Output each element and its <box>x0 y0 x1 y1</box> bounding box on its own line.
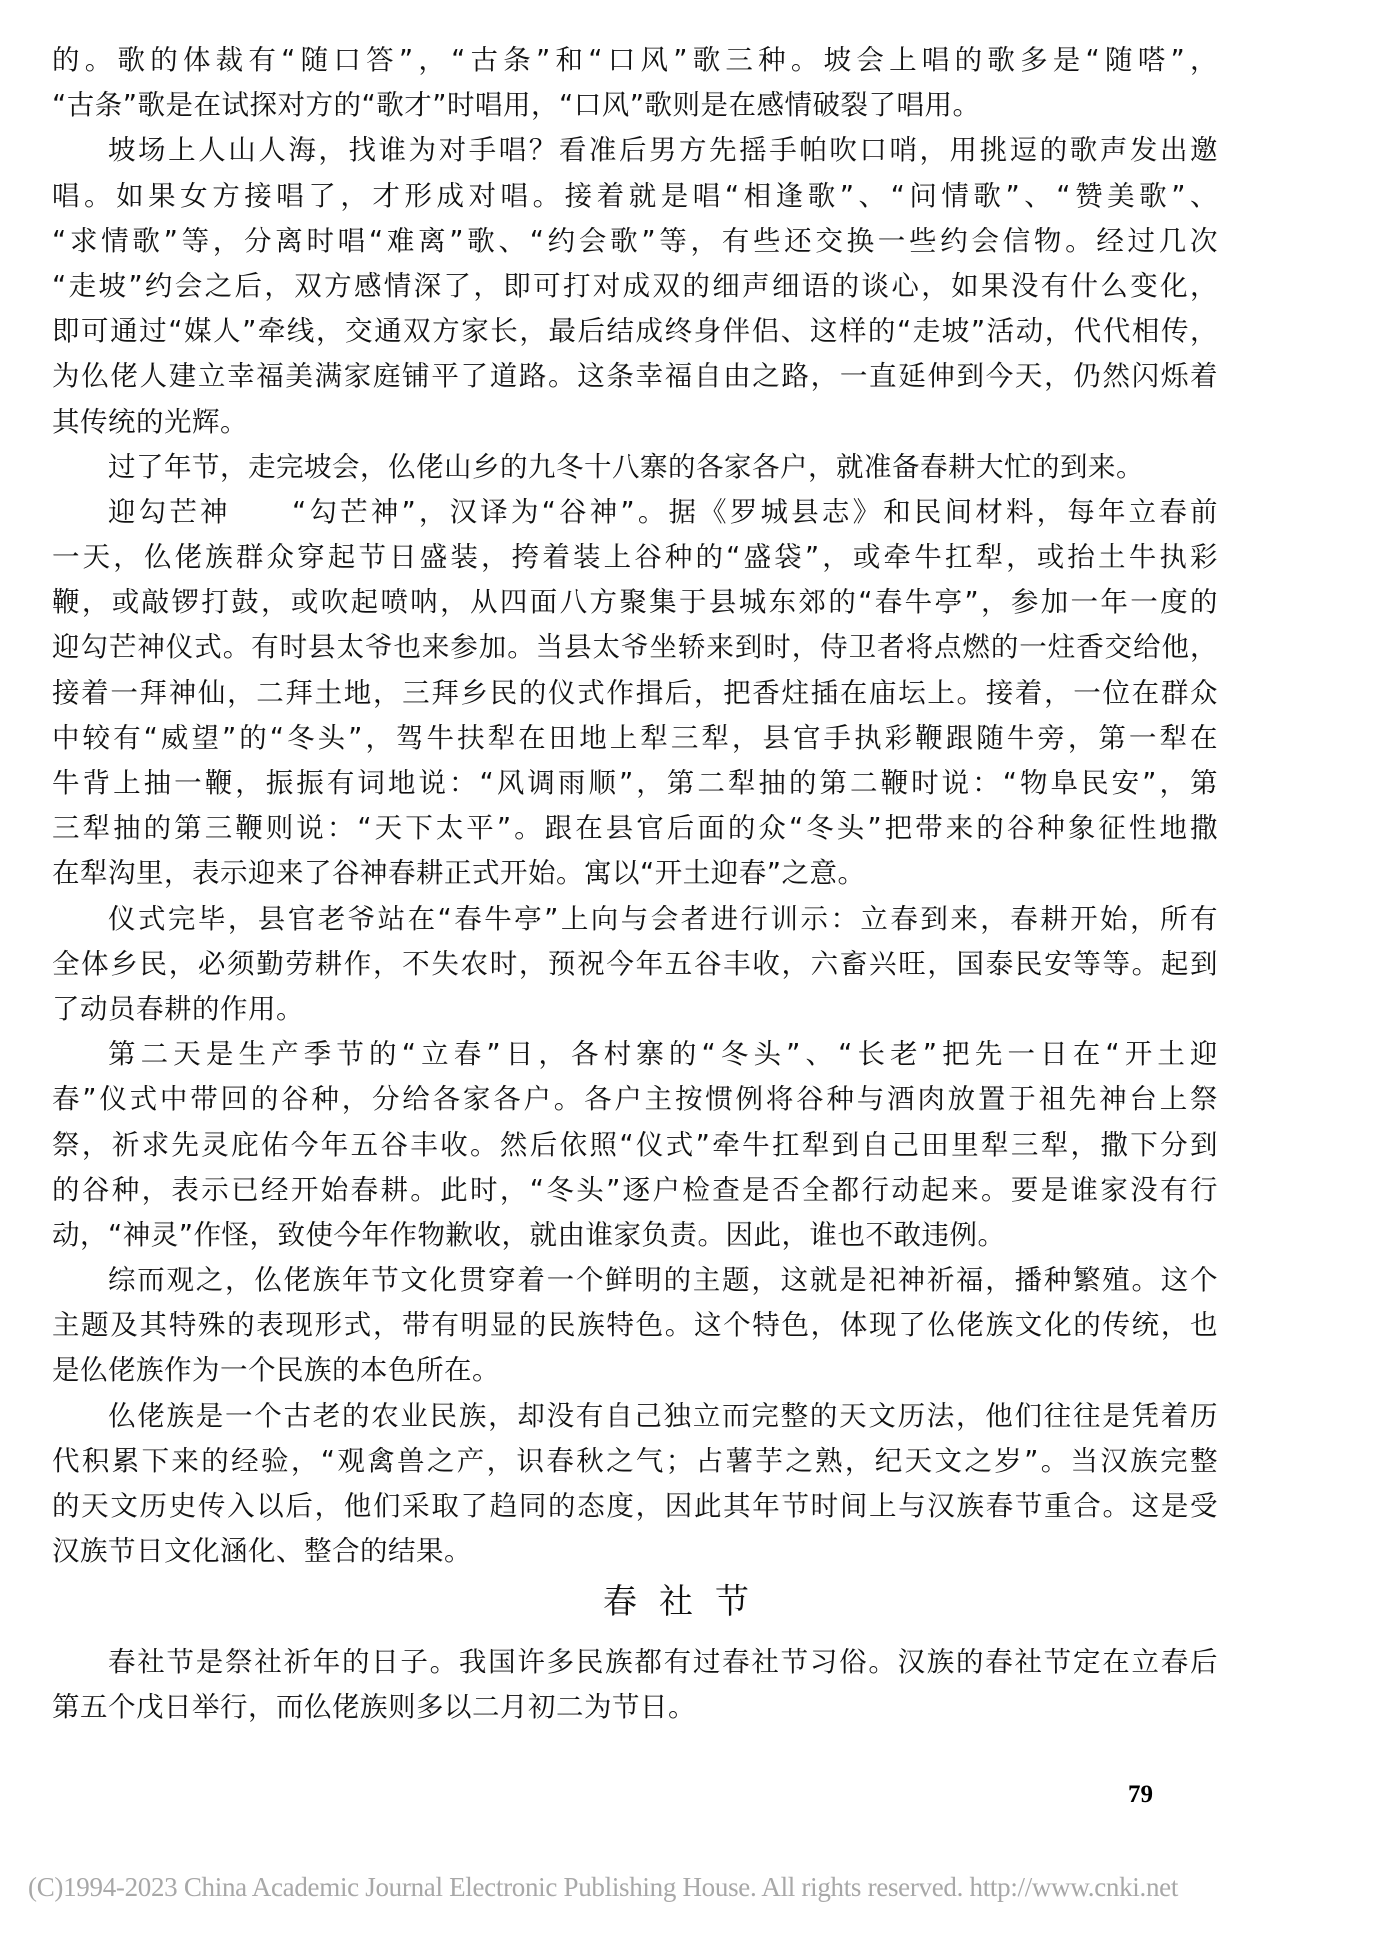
text-line: 代积累下来的经验，“观禽兽之产，识春秋之气；占薯芋之熟，纪天文之岁”。当汉族完整 <box>52 1439 1218 1484</box>
text-line: 汉族节日文化涵化、整合的结果。 <box>52 1529 1218 1574</box>
text-line: 过了年节，走完坡会，仫佬山乡的九冬十八寨的各家各户，就准备春耕大忙的到来。 <box>52 445 1218 490</box>
text-line: 仫佬族是一个古老的农业民族，却没有自己独立而完整的天文历法，他们往往是凭着历 <box>52 1394 1218 1439</box>
page-number: 79 <box>1128 1781 1153 1809</box>
text-line: 第五个戊日举行，而仫佬族则多以二月初二为节日。 <box>52 1685 1218 1730</box>
text-line: 即可通过“媒人”牵线，交通双方家长，最后结成终身伴侣、这样的“走坡”活动，代代相… <box>52 309 1218 354</box>
article-body: 的。歌的体裁有“随口答”，“古条”和“口风”歌三种。坡会上唱的歌多是“随嗒”，“… <box>52 38 1218 1574</box>
text-line: 的谷种，表示已经开始春耕。此时，“冬头”逐户检查是否全都行动起来。要是谁家没有行 <box>52 1168 1218 1213</box>
text-line: “古条”歌是在试探对方的“歌才”时唱用，“口风”歌则是在感情破裂了唱用。 <box>52 83 1218 128</box>
text-line: 祭，祈求先灵庇佑今年五谷丰收。然后依照“仪式”牵牛扛犁到自己田里犁三犁，撒下分到 <box>52 1123 1218 1168</box>
section-title: 春社节 <box>0 1574 1374 1623</box>
text-line: 第二天是生产季节的“立春”日，各村寨的“冬头”、“长老”把先一日在“开土迎 <box>52 1032 1218 1077</box>
text-line: 中较有“威望”的“冬头”，驾牛扶犁在田地上犁三犁，县官手执彩鞭跟随牛旁，第一犁在 <box>52 716 1218 761</box>
text-line: 了动员春耕的作用。 <box>52 987 1218 1032</box>
text-line: 三犁抽的第三鞭则说：“天下太平”。跟在县官后面的众“冬头”把带来的谷种象征性地撒 <box>52 806 1218 851</box>
text-line: 的天文历史传入以后，他们采取了趋同的态度，因此其年节时间上与汉族春节重合。这是受 <box>52 1484 1218 1529</box>
text-line: 在犁沟里，表示迎来了谷神春耕正式开始。寓以“开土迎春”之意。 <box>52 851 1218 896</box>
text-line: 春社节是祭社祈年的日子。我国许多民族都有过春社节习俗。汉族的春社节定在立春后 <box>52 1640 1218 1685</box>
text-line: 春”仪式中带回的谷种，分给各家各户。各户主按惯例将谷种与酒肉放置于祖先神台上祭 <box>52 1077 1218 1122</box>
text-line: 鞭，或敲锣打鼓，或吹起喷呐，从四面八方聚集于县城东郊的“春牛亭”，参加一年一度的 <box>52 580 1218 625</box>
text-line: 仪式完毕，县官老爷站在“春牛亭”上向与会者进行训示：立春到来，春耕开始，所有 <box>52 897 1218 942</box>
text-line: 动，“神灵”作怪，致使今年作物歉收，就由谁家负责。因此，谁也不敢违例。 <box>52 1213 1218 1258</box>
text-line: 全体乡民，必须勤劳耕作，不失农时，预祝今年五谷丰收，六畜兴旺，国泰民安等等。起到 <box>52 942 1218 987</box>
text-line: 坡场上人山人海，找谁为对手唱？看准后男方先摇手帕吹口哨，用挑逗的歌声发出邀 <box>52 128 1218 173</box>
text-line: 迎勾芒神仪式。有时县太爷也来参加。当县太爷坐轿来到时，侍卫者将点燃的一炷香交给他… <box>52 625 1218 670</box>
text-line: 牛背上抽一鞭，振振有词地说：“风调雨顺”，第二犁抽的第二鞭时说：“物阜民安”，第 <box>52 761 1218 806</box>
text-line: 其传统的光辉。 <box>52 400 1218 445</box>
text-line: 是仫佬族作为一个民族的本色所在。 <box>52 1348 1218 1393</box>
text-line: 一天，仫佬族群众穿起节日盛装，挎着装上谷种的“盛袋”，或牵牛扛犁，或抬土牛执彩 <box>52 535 1218 580</box>
text-line: 的。歌的体裁有“随口答”，“古条”和“口风”歌三种。坡会上唱的歌多是“随嗒”， <box>52 38 1218 83</box>
copyright-notice: (C)1994-2023 China Academic Journal Elec… <box>28 1872 1178 1903</box>
text-line: 综而观之，仫佬族年节文化贯穿着一个鲜明的主题，这就是祀神祈福，播种繁殖。这个 <box>52 1258 1218 1303</box>
section-body: 春社节是祭社祈年的日子。我国许多民族都有过春社节习俗。汉族的春社节定在立春后第五… <box>52 1640 1218 1730</box>
text-line: “求情歌”等，分离时唱“难离”歌、“约会歌”等，有些还交换一些约会信物。经过几次 <box>52 219 1218 264</box>
text-line: 迎勾芒神 “勾芒神”，汉译为“谷神”。据《罗城县志》和民间材料，每年立春前 <box>52 490 1218 535</box>
text-line: 为仫佬人建立幸福美满家庭铺平了道路。这条幸福自由之路，一直延伸到今天，仍然闪烁着 <box>52 354 1218 399</box>
document-page: 的。歌的体裁有“随口答”，“古条”和“口风”歌三种。坡会上唱的歌多是“随嗒”，“… <box>0 0 1374 1953</box>
text-line: 主题及其特殊的表现形式，带有明显的民族特色。这个特色，体现了仫佬族文化的传统，也 <box>52 1303 1218 1348</box>
text-line: 唱。如果女方接唱了，才形成对唱。接着就是唱“相逢歌”、“问情歌”、“赞美歌”、 <box>52 174 1218 219</box>
text-line: “走坡”约会之后，双方感情深了，即可打对成双的细声细语的谈心，如果没有什么变化， <box>52 264 1218 309</box>
text-line: 接着一拜神仙，二拜土地，三拜乡民的仪式作揖后，把香炷插在庙坛上。接着，一位在群众 <box>52 671 1218 716</box>
